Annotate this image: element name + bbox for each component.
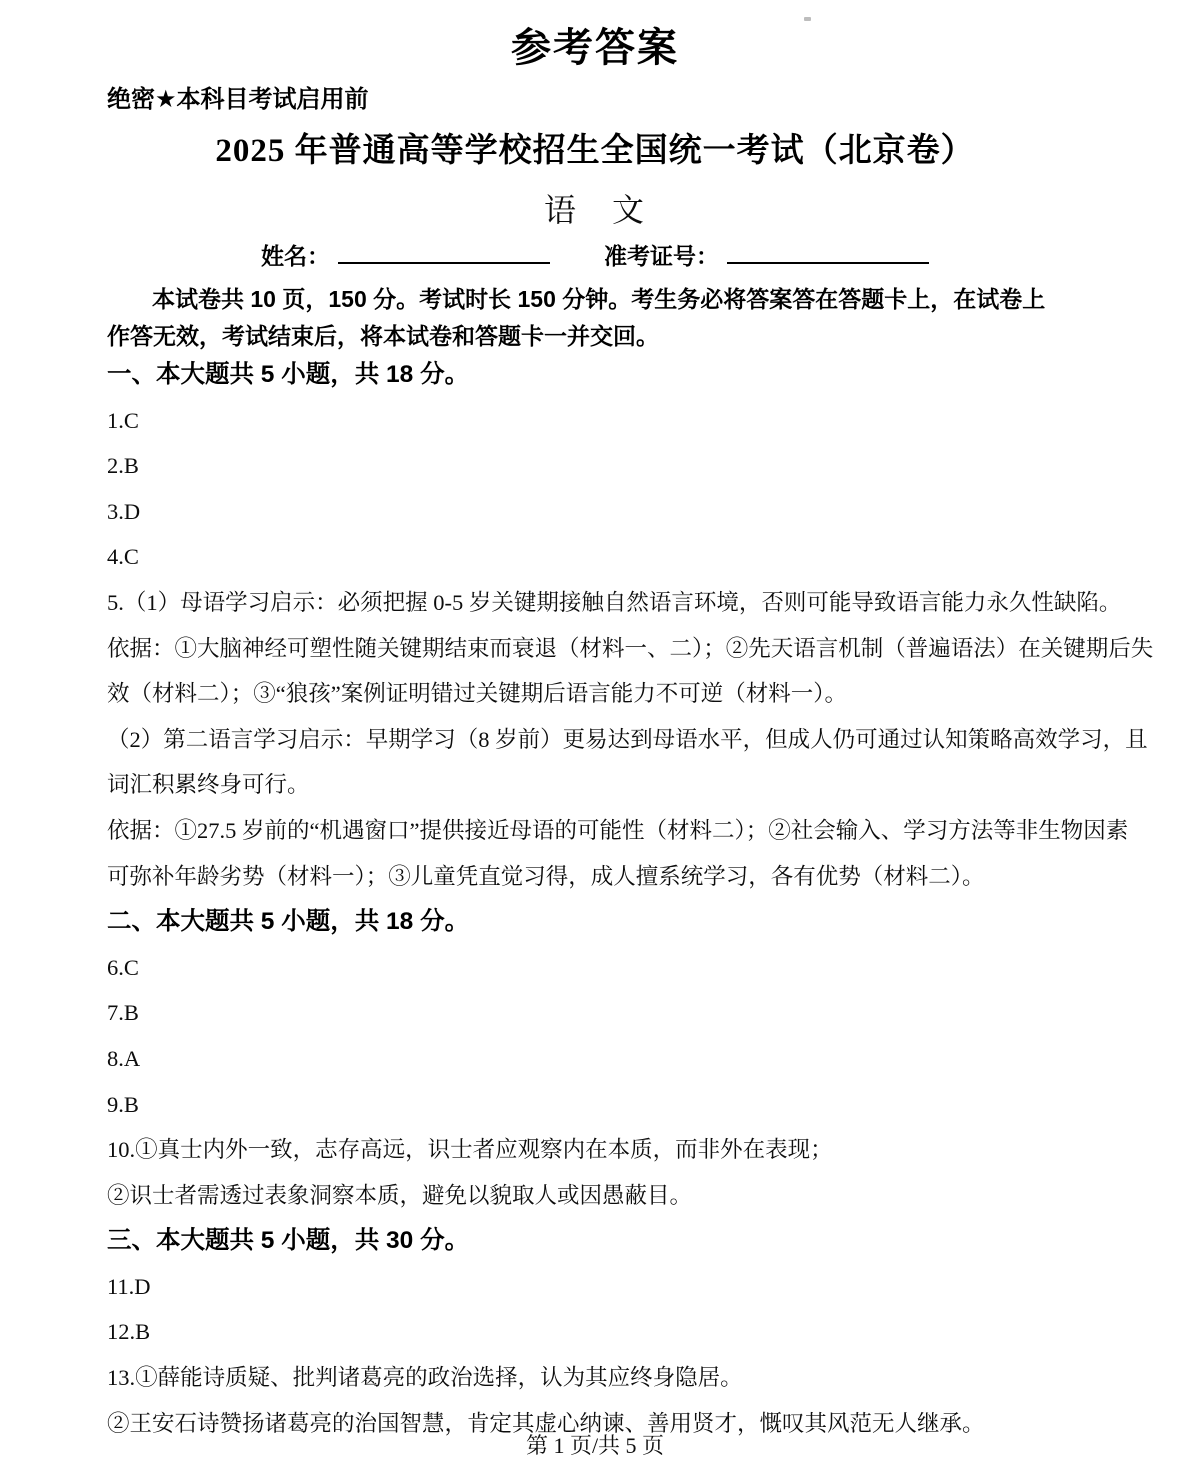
answer-line: 11.D	[107, 1264, 1095, 1310]
answer-line: 12.B	[107, 1309, 1095, 1355]
answer-line: 2.B	[107, 443, 1095, 489]
answer-line: 1.C	[107, 398, 1095, 444]
content-area: 一、本大题共 5 小题，共 18 分。1.C2.B3.D4.C5.（1）母语学习…	[107, 352, 1095, 1446]
answer-line: 依据：①27.5 岁前的“机遇窗口”提供接近母语的可能性（材料二）；②社会输入、…	[107, 808, 1095, 854]
exam-title: 2025 年普通高等学校招生全国统一考试（北京卷）	[0, 124, 1190, 171]
answer-line: 10.①真士内外一致，志存高远，识士者应观察内在本质，而非外在表现；	[107, 1127, 1095, 1173]
answer-line: 词汇积累终身可行。	[107, 762, 1095, 808]
answer-line: 5.（1）母语学习启示：必须把握 0-5 岁关键期接触自然语言环境，否则可能导致…	[107, 580, 1095, 626]
answer-line: 依据：①大脑神经可塑性随关键期结束而衰退（材料一、二）；②先天语言机制（普遍语法…	[107, 626, 1095, 672]
answer-line: 13.①薛能诗质疑、批判诸葛亮的政治选择，认为其应终身隐居。	[107, 1355, 1095, 1401]
page-number-footer: 第 1 页/共 5 页	[0, 1429, 1190, 1458]
section-heading: 三、本大题共 5 小题，共 30 分。	[107, 1218, 1095, 1264]
section-heading: 二、本大题共 5 小题，共 18 分。	[107, 899, 1095, 945]
exam-instructions-line-2: 作答无效，考试结束后，将本试卷和答题卡一并交回。	[107, 318, 1090, 351]
answer-key-page: 参考答案 绝密★本科目考试启用前 2025 年普通高等学校招生全国统一考试（北京…	[0, 0, 1190, 1458]
answer-line: 7.B	[107, 990, 1095, 1036]
answer-line: 4.C	[107, 534, 1095, 580]
answer-line: ②识士者需透过表象洞察本质，避免以貌取人或因愚蔽目。	[107, 1173, 1095, 1219]
answer-line: （2）第二语言学习启示：早期学习（8 岁前）更易达到母语水平，但成人仍可通过认知…	[107, 717, 1095, 763]
answer-line: 6.C	[107, 945, 1095, 991]
name-blank-field	[338, 242, 550, 264]
admission-number-label: 准考证号：	[604, 243, 719, 269]
admission-number-blank-field	[727, 242, 929, 264]
answer-line: 9.B	[107, 1082, 1095, 1128]
candidate-info-row: 姓名：准考证号：	[0, 238, 1190, 271]
subject-title: 语 文	[0, 185, 1190, 231]
secrecy-notice: 绝密★本科目考试启用前	[107, 79, 369, 114]
answer-line: 8.A	[107, 1036, 1095, 1082]
page-title: 参考答案	[0, 16, 1190, 73]
answer-line: 可弥补年龄劣势（材料一）；③儿童凭直觉习得，成人擅系统学习，各有优势（材料二）。	[107, 854, 1095, 900]
section-heading: 一、本大题共 5 小题，共 18 分。	[107, 352, 1095, 398]
answer-line: 3.D	[107, 489, 1095, 535]
answer-line: 效（材料二）；③“狼孩”案例证明错过关键期后语言能力不可逆（材料一）。	[107, 671, 1095, 717]
exam-instructions-line-1: 本试卷共 10 页，150 分。考试时长 150 分钟。考生务必将答案答在答题卡…	[107, 281, 1090, 314]
name-label: 姓名：	[261, 243, 330, 269]
